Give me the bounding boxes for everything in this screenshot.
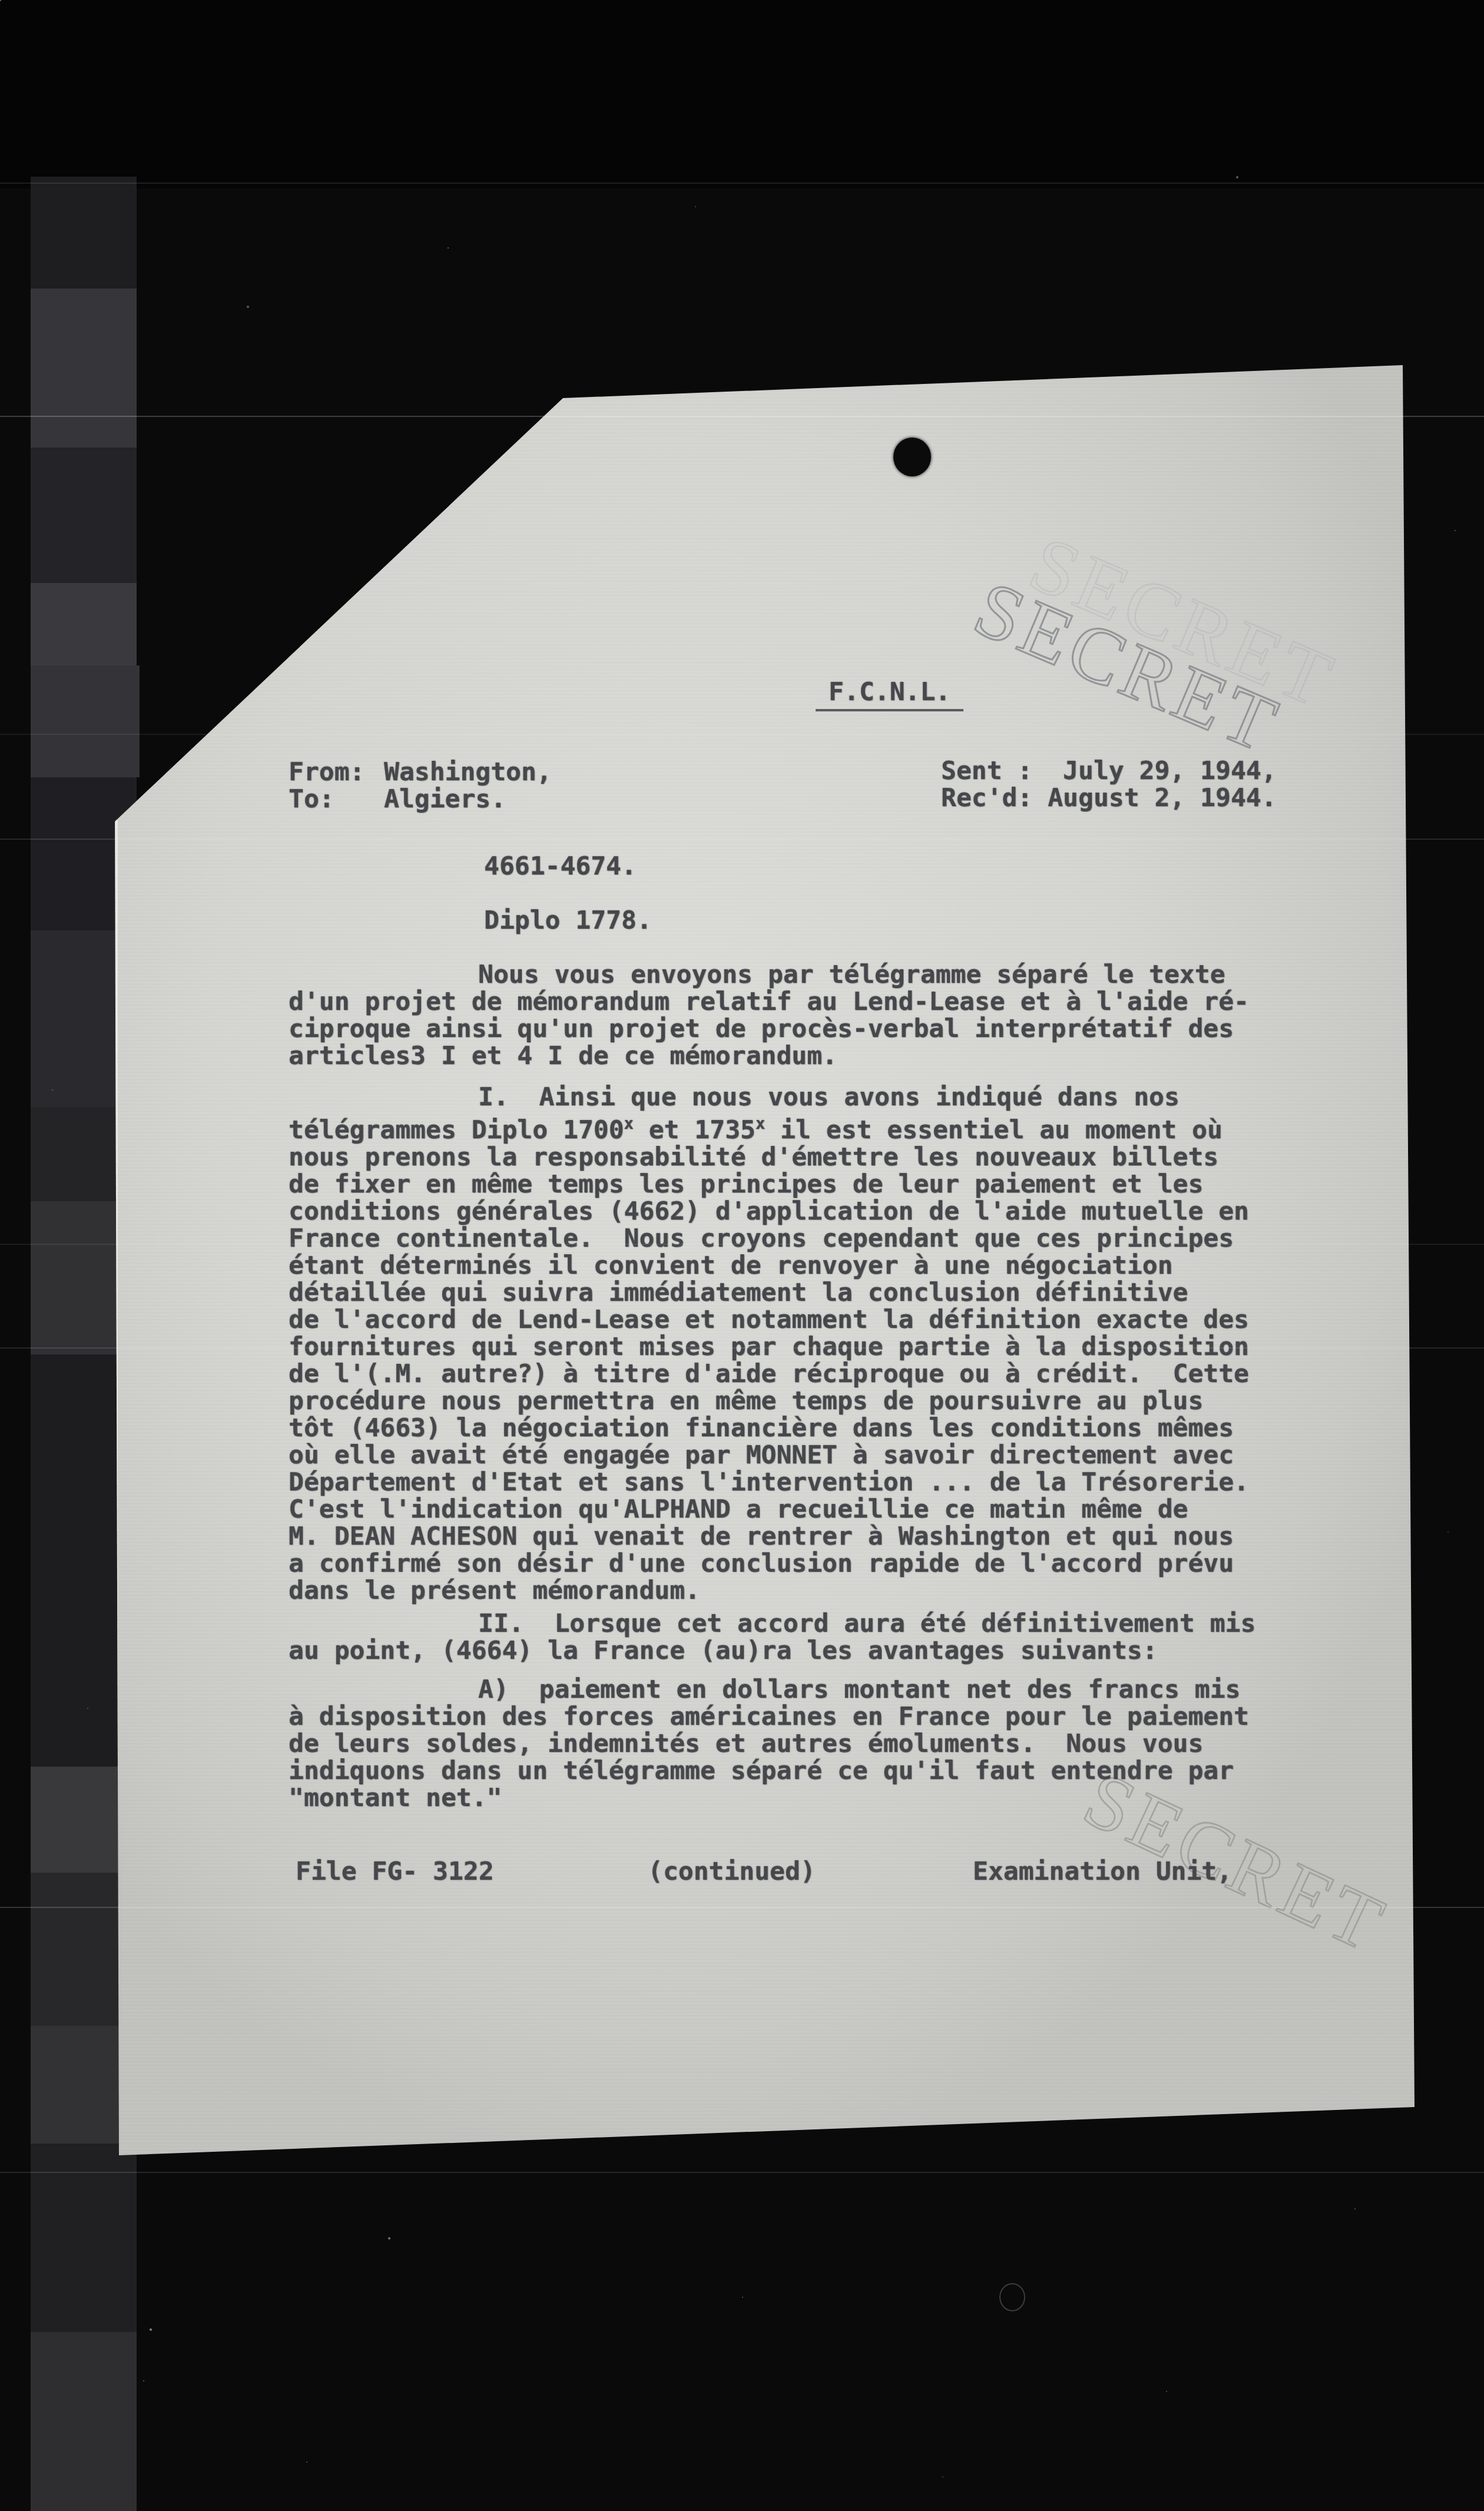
- typed-line: a confirmé son désir d'une conclusion ra…: [289, 1550, 1319, 1577]
- typed-line: M. DEAN ACHESON qui venait de rentrer à …: [289, 1523, 1319, 1550]
- typed-line: où elle avait été engagée par MONNET à s…: [289, 1442, 1319, 1469]
- typed-line: France continentale. Nous croyons cepend…: [289, 1225, 1319, 1252]
- typed-line: de leurs soldes, indemnités et autres ém…: [289, 1730, 1319, 1757]
- typed-line: à disposition des forces américaines en …: [289, 1703, 1319, 1730]
- typed-line: de fixer en même temps les principes de …: [289, 1171, 1319, 1198]
- film-block: [31, 177, 137, 289]
- typed-line: II. Lorsque cet accord aura été définiti…: [289, 1610, 1319, 1637]
- typed-content: F.C.N.L. From: Washington, To: Algiers. …: [0, 0, 1484, 2511]
- typed-paragraphs: Nous vous envoyons par télégramme séparé…: [0, 0, 1484, 2511]
- footer-unit: Examination Unit,: [973, 1858, 1232, 1885]
- film-block: [31, 583, 137, 665]
- film-dust-specks: [0, 0, 1, 1]
- film-block: [31, 665, 140, 777]
- typed-line: nous prenons la responsabilité d'émettre…: [289, 1144, 1319, 1171]
- typed-line: de l'(.M. autre?) à titre d'aide récipro…: [289, 1360, 1319, 1387]
- typed-line: indiquons dans un télégramme séparé ce q…: [289, 1757, 1319, 1784]
- paragraph: Nous vous envoyons par télégramme séparé…: [289, 961, 1319, 1069]
- film-scratch-line: [0, 2172, 1484, 2173]
- typed-line: ciproque ainsi qu'un projet de procès-ve…: [289, 1015, 1319, 1042]
- typed-line: Département d'Etat et sans l'interventio…: [289, 1469, 1319, 1496]
- film-block: [31, 289, 137, 448]
- typed-line: fournitures qui seront mises par chaque …: [289, 1333, 1319, 1360]
- film-block: [31, 2144, 137, 2332]
- typed-line: d'un projet de mémorandum relatif au Len…: [289, 988, 1319, 1015]
- typed-line: A) paiement en dollars montant net des f…: [289, 1676, 1319, 1703]
- typed-line: conditions générales (4662) d'applicatio…: [289, 1198, 1319, 1225]
- footer-file-number: File FG- 3122: [296, 1858, 494, 1885]
- document-page: SECRET SECRET SECRET F.C.N.L. From: Wash…: [0, 0, 1484, 2511]
- film-block: [31, 448, 137, 583]
- superscript-mark: x: [624, 1115, 634, 1133]
- typed-line: au point, (4664) la France (au)ra les av…: [289, 1637, 1319, 1664]
- footer-continued: (continued): [648, 1858, 816, 1885]
- paragraph: A) paiement en dollars montant net des f…: [289, 1676, 1319, 1811]
- typed-line: I. Ainsi que nous vous avons indiqué dan…: [289, 1084, 1319, 1111]
- typed-line: détaillée qui suivra immédiatement la co…: [289, 1279, 1319, 1306]
- microfilm-frame: SECRET SECRET SECRET F.C.N.L. From: Wash…: [0, 0, 1484, 2511]
- typed-line: tôt (4663) la négociation financière dan…: [289, 1414, 1319, 1442]
- paragraph: II. Lorsque cet accord aura été définiti…: [289, 1610, 1319, 1664]
- film-ring-mark: [999, 2283, 1025, 2311]
- typed-line: C'est l'indication qu'ALPHAND a recueill…: [289, 1496, 1319, 1523]
- paragraph: I. Ainsi que nous vous avons indiqué dan…: [289, 1084, 1319, 1604]
- typed-line: "montant net.": [289, 1784, 1319, 1811]
- typed-line: articles3 I et 4 I de ce mémorandum.: [289, 1042, 1319, 1069]
- typed-line: dans le présent mémorandum.: [289, 1577, 1319, 1604]
- typed-line: télégrammes Diplo 1700x et 1735x il est …: [289, 1111, 1319, 1144]
- typed-line: procédure nous permettra en même temps d…: [289, 1387, 1319, 1414]
- film-block: [31, 2332, 137, 2511]
- typed-line: de l'accord de Lend-Lease et notamment l…: [289, 1306, 1319, 1333]
- typed-line: Nous vous envoyons par télégramme séparé…: [289, 961, 1319, 988]
- superscript-mark: x: [756, 1115, 765, 1133]
- typed-line: étant déterminés il convient de renvoyer…: [289, 1252, 1319, 1279]
- film-top-band: [0, 0, 1484, 188]
